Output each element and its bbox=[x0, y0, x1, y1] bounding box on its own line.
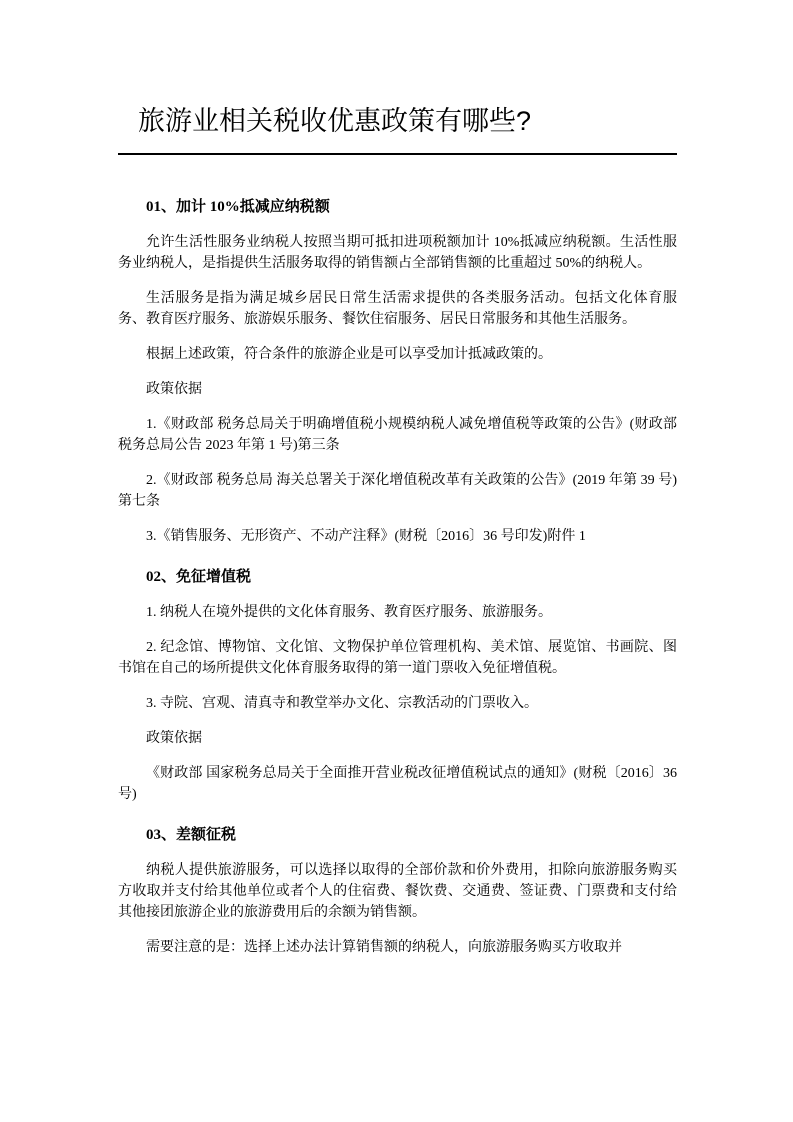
section-02-heading: 02、免征增值税 bbox=[118, 567, 677, 588]
policy-basis-label: 政策依据 bbox=[118, 728, 677, 749]
citation: 1.《财政部 税务总局关于明确增值税小规模纳税人减免增值税等政策的公告》(财政部… bbox=[118, 414, 677, 456]
policy-basis-label: 政策依据 bbox=[118, 379, 677, 400]
citation: 2.《财政部 税务总局 海关总署关于深化增值税改革有关政策的公告》(2019 年… bbox=[118, 470, 677, 512]
section-01-heading: 01、加计 10%抵减应纳税额 bbox=[118, 197, 677, 218]
paragraph: 生活服务是指为满足城乡居民日常生活需求提供的各类服务活动。包括文化体育服务、教育… bbox=[118, 288, 677, 330]
paragraph: 允许生活性服务业纳税人按照当期可抵扣进项税额加计 10%抵减应纳税额。生活性服务… bbox=[118, 232, 677, 274]
list-item: 2. 纪念馆、博物馆、文化馆、文物保护单位管理机构、美术馆、展览馆、书画院、图书… bbox=[118, 637, 677, 679]
document-page: 旅游业相关税收优惠政策有哪些? 01、加计 10%抵减应纳税额 允许生活性服务业… bbox=[0, 0, 793, 1122]
title-divider bbox=[118, 153, 677, 155]
citation: 《财政部 国家税务总局关于全面推开营业税改征增值税试点的通知》(财税〔2016〕… bbox=[118, 763, 677, 805]
list-item: 3. 寺院、宫观、清真寺和教堂举办文化、宗教活动的门票收入。 bbox=[118, 693, 677, 714]
document-title: 旅游业相关税收优惠政策有哪些? bbox=[118, 105, 677, 137]
section-01: 01、加计 10%抵减应纳税额 允许生活性服务业纳税人按照当期可抵扣进项税额加计… bbox=[118, 197, 677, 547]
citation: 3.《销售服务、无形资产、不动产注释》(财税〔2016〕36 号印发)附件 1 bbox=[118, 526, 677, 547]
section-02: 02、免征增值税 1. 纳税人在境外提供的文化体育服务、教育医疗服务、旅游服务。… bbox=[118, 567, 677, 805]
section-03: 03、差额征税 纳税人提供旅游服务，可以选择以取得的全部价款和价外费用，扣除向旅… bbox=[118, 825, 677, 958]
list-item: 1. 纳税人在境外提供的文化体育服务、教育医疗服务、旅游服务。 bbox=[118, 602, 677, 623]
paragraph: 根据上述政策，符合条件的旅游企业是可以享受加计抵减政策的。 bbox=[118, 344, 677, 365]
paragraph: 纳税人提供旅游服务，可以选择以取得的全部价款和价外费用，扣除向旅游服务购买方收取… bbox=[118, 860, 677, 923]
paragraph: 需要注意的是：选择上述办法计算销售额的纳税人，向旅游服务购买方收取并 bbox=[118, 937, 677, 958]
section-03-heading: 03、差额征税 bbox=[118, 825, 677, 846]
document-body: 01、加计 10%抵减应纳税额 允许生活性服务业纳税人按照当期可抵扣进项税额加计… bbox=[118, 197, 677, 958]
